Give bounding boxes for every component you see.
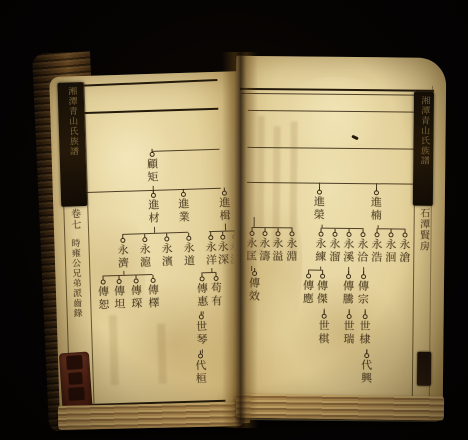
- node-circle: [164, 236, 169, 241]
- node-name: 進材: [148, 199, 160, 225]
- node-circle: [374, 232, 379, 237]
- node-circle: [332, 232, 337, 237]
- node-circle: [262, 231, 267, 236]
- node-name: 永溪: [343, 238, 354, 264]
- margin-title-text: 湘潭青山氏族譜: [418, 96, 428, 206]
- tree-node-shi-qi: 世棋: [316, 314, 330, 346]
- tree-node-yong-hui: 永洄: [383, 232, 397, 264]
- tree-node-chuan-zong: 傳宗: [356, 274, 370, 306]
- margin-title-block: 湘潭青山氏族譜: [57, 82, 87, 207]
- node-name: 世瑞: [343, 320, 354, 346]
- connector-line: [123, 271, 124, 275]
- node-circle: [197, 353, 202, 358]
- tree-node-yong-hu: 永滬: [137, 237, 152, 269]
- node-circle: [142, 237, 147, 242]
- node-name: 永濟: [117, 244, 129, 270]
- connector-line: [378, 225, 379, 228]
- chart-top-border: [240, 88, 434, 92]
- node-name: 永洽: [357, 238, 368, 264]
- node-circle: [120, 238, 125, 243]
- tree-node-yong-bin: 永濱: [159, 236, 174, 268]
- tree-node-yong-dao: 永道: [181, 236, 196, 268]
- tree-node-jin-rong: 進榮: [312, 190, 326, 222]
- node-name: 永濱: [161, 242, 173, 268]
- node-name: 永滬: [139, 243, 151, 269]
- tree-node-dai-huan: 代桓: [193, 353, 208, 385]
- ink-fleck: [351, 135, 359, 141]
- node-circle: [362, 314, 367, 319]
- connector-line: [322, 225, 323, 228]
- node-name: 傳應: [302, 279, 313, 305]
- node-name: 顧矩: [146, 158, 158, 184]
- tree-node-jin-ye: 進業: [176, 192, 191, 224]
- node-name: 永溜: [329, 238, 340, 264]
- tree-node-jin-cai: 進材: [146, 193, 161, 225]
- connector-line: [320, 267, 321, 270]
- node-name: 傳惠: [196, 282, 208, 308]
- node-name: 永浩: [371, 238, 382, 264]
- node-circle: [346, 232, 351, 237]
- margin-title-text: 湘潭青山氏族譜: [66, 86, 79, 206]
- tree-node-yong-liu: 永溜: [327, 232, 341, 264]
- node-circle: [116, 279, 121, 284]
- node-name: 永滄: [399, 238, 410, 264]
- chart-top-border-inner: [241, 93, 434, 96]
- tree-node-chuan-jie: 傳傑: [315, 274, 329, 306]
- node-name: 進榮: [313, 196, 324, 222]
- node-name: 進楠: [370, 196, 381, 222]
- node-name: 代桓: [195, 359, 207, 385]
- tree-node-chuan-ying: 傳應: [301, 273, 315, 305]
- node-circle: [198, 314, 203, 319]
- node-circle: [320, 274, 325, 279]
- node-name: 傳傑: [316, 280, 327, 306]
- branch-label: 石潭賢房: [417, 208, 428, 256]
- sibling-bracket: [321, 228, 364, 229]
- tree-node-chuan-tan: 傳坦: [112, 279, 127, 311]
- margin-stamp: [417, 352, 431, 386]
- node-circle: [402, 233, 407, 238]
- chart-top-border: [70, 108, 218, 115]
- node-name: 傳琛: [130, 284, 142, 310]
- section-title: 時雍公兄弟派齒錄: [69, 238, 81, 322]
- tree-node-yong-ji: 永濟: [115, 238, 130, 270]
- node-circle: [133, 278, 138, 283]
- right-page: 湘潭青山氏族譜 石潭賢房 進榮 進楠 永匡 永濤 永溢 永淵 永練 永溜 永溪 …: [233, 56, 447, 422]
- node-circle: [364, 353, 369, 358]
- tree-node-shi-rui: 世瑞: [341, 314, 355, 346]
- node-name: 永洄: [385, 238, 396, 264]
- node-circle: [360, 232, 365, 237]
- node-name: 傳恕: [97, 285, 109, 311]
- tree-node-shi-di: 世棣: [357, 314, 371, 346]
- node-name: 傳騰: [342, 280, 353, 306]
- node-circle: [373, 190, 378, 195]
- node-name: 世棋: [318, 320, 329, 346]
- tree-node-yong-qia: 永洽: [355, 232, 369, 264]
- generation-rule: [248, 110, 415, 113]
- left-page: 湘潭青山氏族譜 卷七 時雍公兄弟派齒錄 二 顧矩 進材 進業 進楫 永濟 永滬: [49, 71, 250, 429]
- node-circle: [199, 276, 204, 281]
- node-name: 永溢: [272, 237, 283, 263]
- node-name: 傳坦: [113, 285, 125, 311]
- node-circle: [306, 274, 311, 279]
- node-name: 世棣: [359, 320, 370, 346]
- node-circle: [346, 274, 351, 279]
- node-circle: [150, 278, 155, 283]
- node-name: 永道: [183, 242, 195, 268]
- tree-node-yong-yi: 永溢: [270, 231, 284, 263]
- tree-node-chuan-teng: 傳騰: [341, 274, 355, 306]
- tree-node-jin-nan: 進楠: [369, 190, 383, 222]
- collector-seal: [59, 351, 93, 413]
- node-circle: [388, 232, 393, 237]
- node-circle: [346, 314, 351, 319]
- sibling-bracket: [102, 274, 152, 277]
- node-circle: [316, 190, 321, 195]
- node-circle: [321, 314, 326, 319]
- photo-genealogy-book: 湘潭青山氏族譜 卷七 時雍公兄弟派齒錄 二 顧矩 進材 進業 進楫 永濟 永滬: [0, 0, 468, 440]
- tree-node-chuan-hui: 傳惠: [195, 276, 210, 308]
- node-name: 世琴: [195, 320, 207, 346]
- tree-node-yong-yuan: 永淵: [284, 231, 298, 263]
- tree-node-dai-xing: 代興: [359, 353, 373, 385]
- node-circle: [275, 231, 280, 236]
- node-circle: [289, 231, 294, 236]
- tree-node-yong-xi: 永溪: [341, 232, 355, 264]
- node-circle: [100, 279, 105, 284]
- tree-node-yong-lian: 永練: [313, 232, 327, 264]
- page-stack-bottom-left: [58, 402, 242, 430]
- page-top-crease: [71, 79, 217, 87]
- node-circle: [150, 193, 155, 198]
- tree-node-chuan-shu: 傳恕: [96, 279, 111, 311]
- tree-node-yong-hao: 永浩: [369, 232, 383, 264]
- tree-node-gu-ju: 顧矩: [145, 152, 160, 184]
- connector-line: [154, 227, 155, 233]
- node-name: 永淵: [286, 237, 297, 263]
- showthrough-text: [109, 315, 119, 385]
- page-stack-bottom-right: [236, 394, 444, 421]
- node-circle: [180, 192, 185, 197]
- tree-node-shi-qin: 世琴: [194, 314, 209, 346]
- node-circle: [318, 232, 323, 237]
- node-circle: [361, 274, 366, 279]
- node-name: 永練: [315, 238, 326, 264]
- node-name: 永濤: [259, 237, 270, 263]
- node-name: 代興: [360, 359, 371, 385]
- node-circle: [149, 152, 154, 157]
- connector-line: [211, 268, 212, 272]
- node-name: 傳宗: [357, 280, 368, 306]
- node-circle: [186, 236, 191, 241]
- tree-node-yong-cang: 永滄: [397, 232, 411, 264]
- node-circle: [208, 235, 213, 240]
- node-name: 傳檡: [147, 284, 159, 310]
- tree-node-chuan-ze: 傳檡: [146, 278, 161, 310]
- tree-node-chuan-chen: 傳琛: [129, 278, 144, 310]
- volume-label: 卷七: [68, 208, 79, 234]
- connector-line: [152, 149, 220, 152]
- node-circle: [213, 276, 218, 281]
- node-name: 苟有: [210, 282, 222, 308]
- margin-title-block: 湘潭青山氏族譜: [413, 92, 434, 206]
- fold-shadow: [222, 52, 258, 428]
- showthrough-text: [157, 324, 167, 384]
- node-name: 進業: [178, 198, 190, 224]
